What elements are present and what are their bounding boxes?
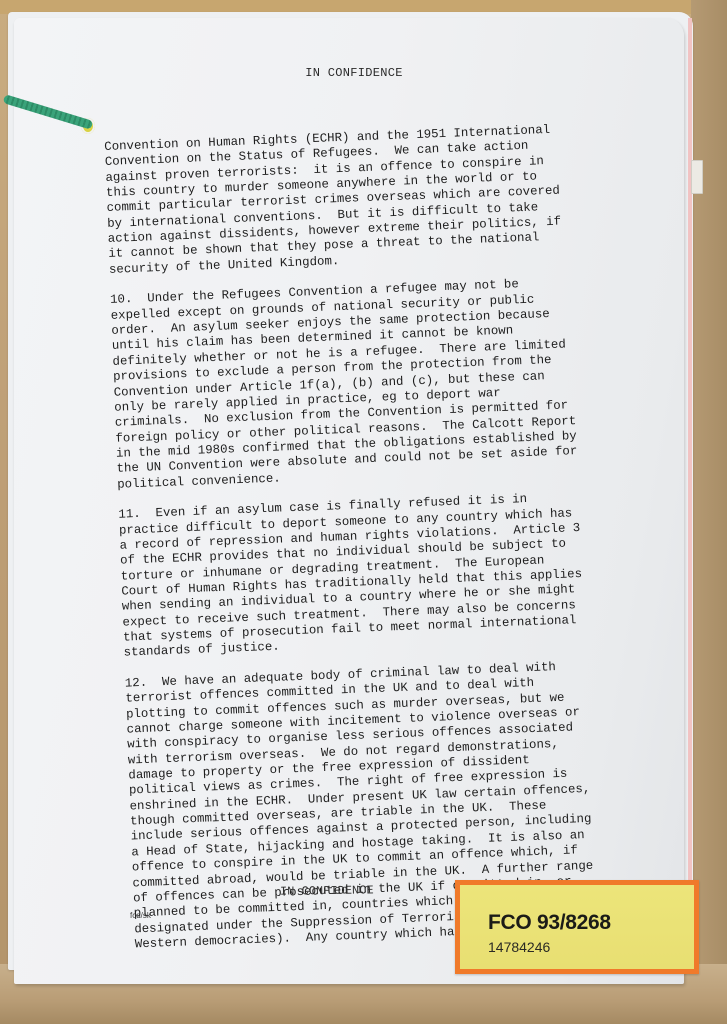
paragraph-10: 10. Under the Refugees Convention a refu… <box>110 273 637 492</box>
header-classification-marking: IN CONFIDENCE <box>0 66 708 80</box>
paper-tab-marker <box>691 160 703 194</box>
archive-item-id: 14784246 <box>488 939 550 955</box>
archive-reference-number: FCO 93/8268 <box>488 911 611 935</box>
paragraph-11: 11. Even if an asylum case is finally re… <box>118 488 644 661</box>
folder-right-edge <box>691 0 727 1024</box>
footer-classification-marking: IN CONFIDENCE <box>280 883 374 898</box>
treasury-tag-string-icon <box>3 94 94 130</box>
typist-reference: fcd/sk <box>130 911 151 920</box>
document-body: Convention on Human Rights (ECHR) and th… <box>104 120 655 968</box>
paragraph-continuation: Convention on Human Rights (ECHR) and th… <box>104 120 629 278</box>
archive-reference-label: FCO 93/8268 14784246 <box>455 880 699 974</box>
